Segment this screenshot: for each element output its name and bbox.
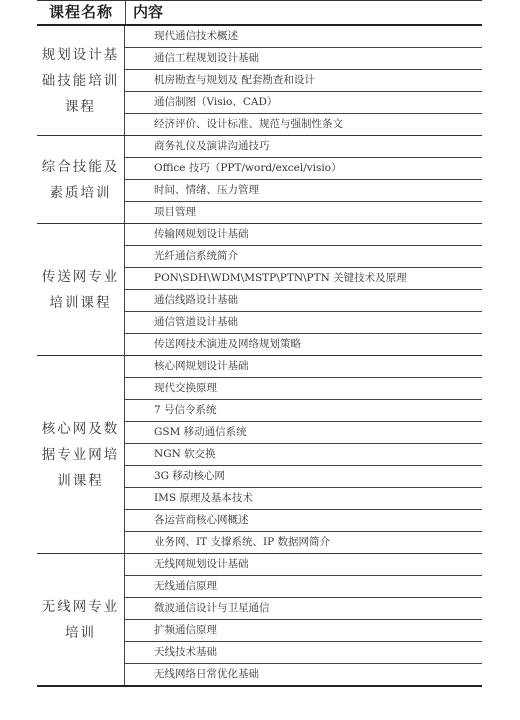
list-item: 3G 移动核心网 xyxy=(125,466,482,488)
table-header: 课程名称 内容 xyxy=(37,0,482,26)
list-item: 时间、情绪、压力管理 xyxy=(125,180,482,202)
list-item: 通信工程规划设计基础 xyxy=(125,48,482,70)
course-table: 课程名称 内容 规划设计基础技能培训课程 现代通信技术概述 通信工程规划设计基础… xyxy=(37,0,482,687)
list-item: 通信管道设计基础 xyxy=(125,312,482,334)
list-item: 现代通信技术概述 xyxy=(125,26,482,48)
group-soft-skills: 综合技能及素质培训 商务礼仪及演讲沟通技巧 Office 技巧（PPT/word… xyxy=(37,136,482,224)
list-item: 业务网、IT 支撑系统、IP 数据网简介 xyxy=(125,532,482,553)
list-item: 项目管理 xyxy=(125,202,482,223)
list-item: 无线网规划设计基础 xyxy=(125,554,482,576)
list-item: Office 技巧（PPT/word/excel/visio） xyxy=(125,158,482,180)
list-item: 机房勘查与规划及 配套勘查和设计 xyxy=(125,70,482,92)
list-item: 光纤通信系统简介 xyxy=(125,246,482,268)
list-item: GSM 移动通信系统 xyxy=(125,422,482,444)
list-item: PON\SDH\WDM\MSTP\PTN\PTN 关键技术及原理 xyxy=(125,268,482,290)
group-wireless: 无线网专业培训 无线网规划设计基础 无线通信原理 微波通信设计与卫星通信 扩频通… xyxy=(37,554,482,687)
list-item: 传送网技术演进及网络规划策略 xyxy=(125,334,482,355)
list-item: 商务礼仪及演讲沟通技巧 xyxy=(125,136,482,158)
group-name: 传送网专业培训课程 xyxy=(37,224,125,355)
list-item: 无线网络日常优化基础 xyxy=(125,664,482,685)
list-item: 经济评价、设计标准、规范与强制性条文 xyxy=(125,114,482,135)
header-content: 内容 xyxy=(126,1,482,24)
list-item: 现代交换原理 xyxy=(125,378,482,400)
group-name: 核心网及数据专业网培训课程 xyxy=(37,356,125,553)
list-item: NGN 软交换 xyxy=(125,444,482,466)
group-name: 综合技能及素质培训 xyxy=(37,136,125,223)
list-item: IMS 原理及基本技术 xyxy=(125,488,482,510)
list-item: 通信线路设计基础 xyxy=(125,290,482,312)
group-core-network: 核心网及数据专业网培训课程 核心网规划设计基础 现代交换原理 7 号信令系统 G… xyxy=(37,356,482,554)
list-item: 传输网规划设计基础 xyxy=(125,224,482,246)
list-item: 7 号信令系统 xyxy=(125,400,482,422)
group-name: 无线网专业培训 xyxy=(37,554,125,685)
list-item: 各运营商核心网概述 xyxy=(125,510,482,532)
list-item: 扩频通信原理 xyxy=(125,620,482,642)
header-course-name: 课程名称 xyxy=(37,1,126,24)
group-name: 规划设计基础技能培训课程 xyxy=(37,26,125,135)
list-item: 天线技术基础 xyxy=(125,642,482,664)
list-item: 无线通信原理 xyxy=(125,576,482,598)
group-planning: 规划设计基础技能培训课程 现代通信技术概述 通信工程规划设计基础 机房勘查与规划… xyxy=(37,26,482,136)
list-item: 核心网规划设计基础 xyxy=(125,356,482,378)
list-item: 微波通信设计与卫星通信 xyxy=(125,598,482,620)
list-item: 通信制图（Visio、CAD） xyxy=(125,92,482,114)
group-transport: 传送网专业培训课程 传输网规划设计基础 光纤通信系统简介 PON\SDH\WDM… xyxy=(37,224,482,356)
